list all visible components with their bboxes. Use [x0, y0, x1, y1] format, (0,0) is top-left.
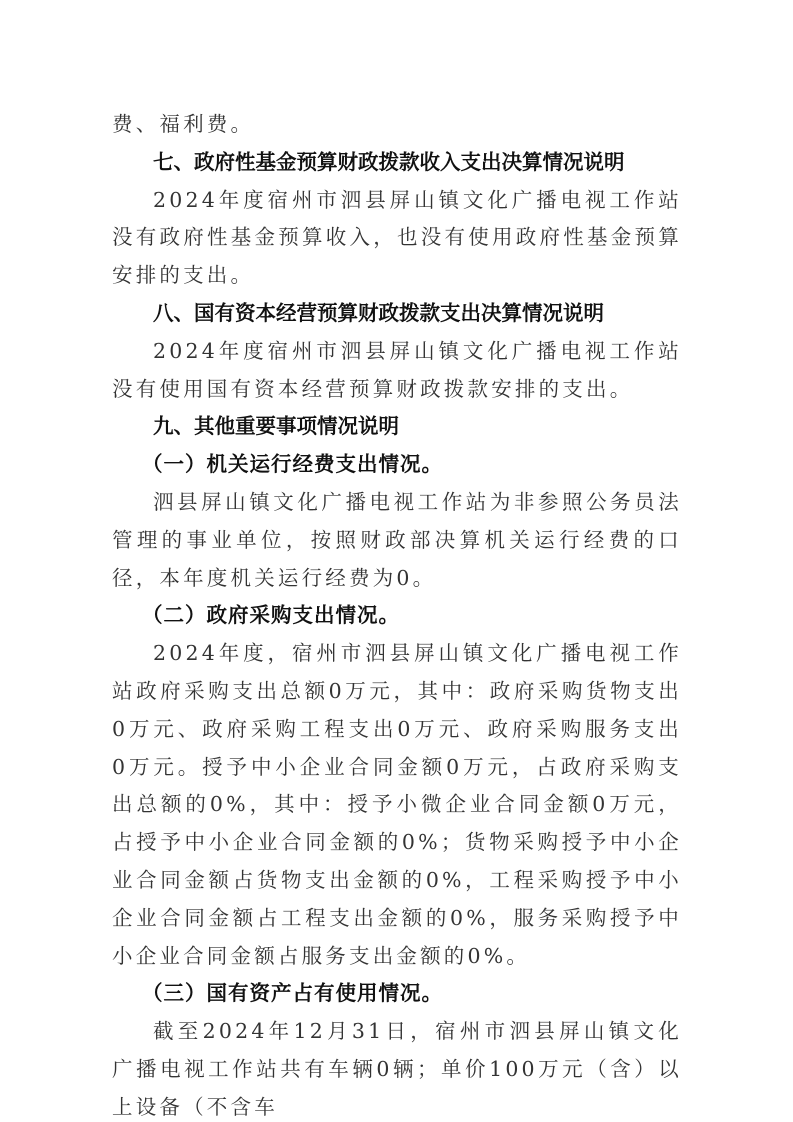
- section-heading-7: 七、政府性基金预算财政拨款收入支出决算情况说明: [112, 144, 682, 182]
- document-page: 费、福利费。 七、政府性基金预算财政拨款收入支出决算情况说明 2024年度宿州市…: [112, 106, 682, 1122]
- subsection-heading-1: （一）机关运行经费支出情况。: [112, 446, 682, 484]
- subsection-1-paragraph: 泗县屏山镇文化广播电视工作站为非参照公务员法管理的事业单位，按照财政部决算机关运…: [112, 484, 682, 597]
- continuation-paragraph: 费、福利费。: [112, 106, 682, 144]
- subsection-3-paragraph: 截至2024年12月31日，宿州市泗县屏山镇文化广播电视工作站共有车辆0辆；单价…: [112, 1013, 682, 1122]
- section-8-paragraph: 2024年度宿州市泗县屏山镇文化广播电视工作站没有使用国有资本经营预算财政拨款安…: [112, 333, 682, 409]
- section-heading-9: 九、其他重要事项情况说明: [112, 408, 682, 446]
- subsection-2-paragraph: 2024年度，宿州市泗县屏山镇文化广播电视工作站政府采购支出总额0万元，其中：政…: [112, 635, 682, 975]
- section-heading-8: 八、国有资本经营预算财政拨款支出决算情况说明: [112, 295, 682, 333]
- subsection-heading-2: （二）政府采购支出情况。: [112, 597, 682, 635]
- subsection-heading-3: （三）国有资产占有使用情况。: [112, 975, 682, 1013]
- section-7-paragraph: 2024年度宿州市泗县屏山镇文化广播电视工作站没有政府性基金预算收入，也没有使用…: [112, 182, 682, 295]
